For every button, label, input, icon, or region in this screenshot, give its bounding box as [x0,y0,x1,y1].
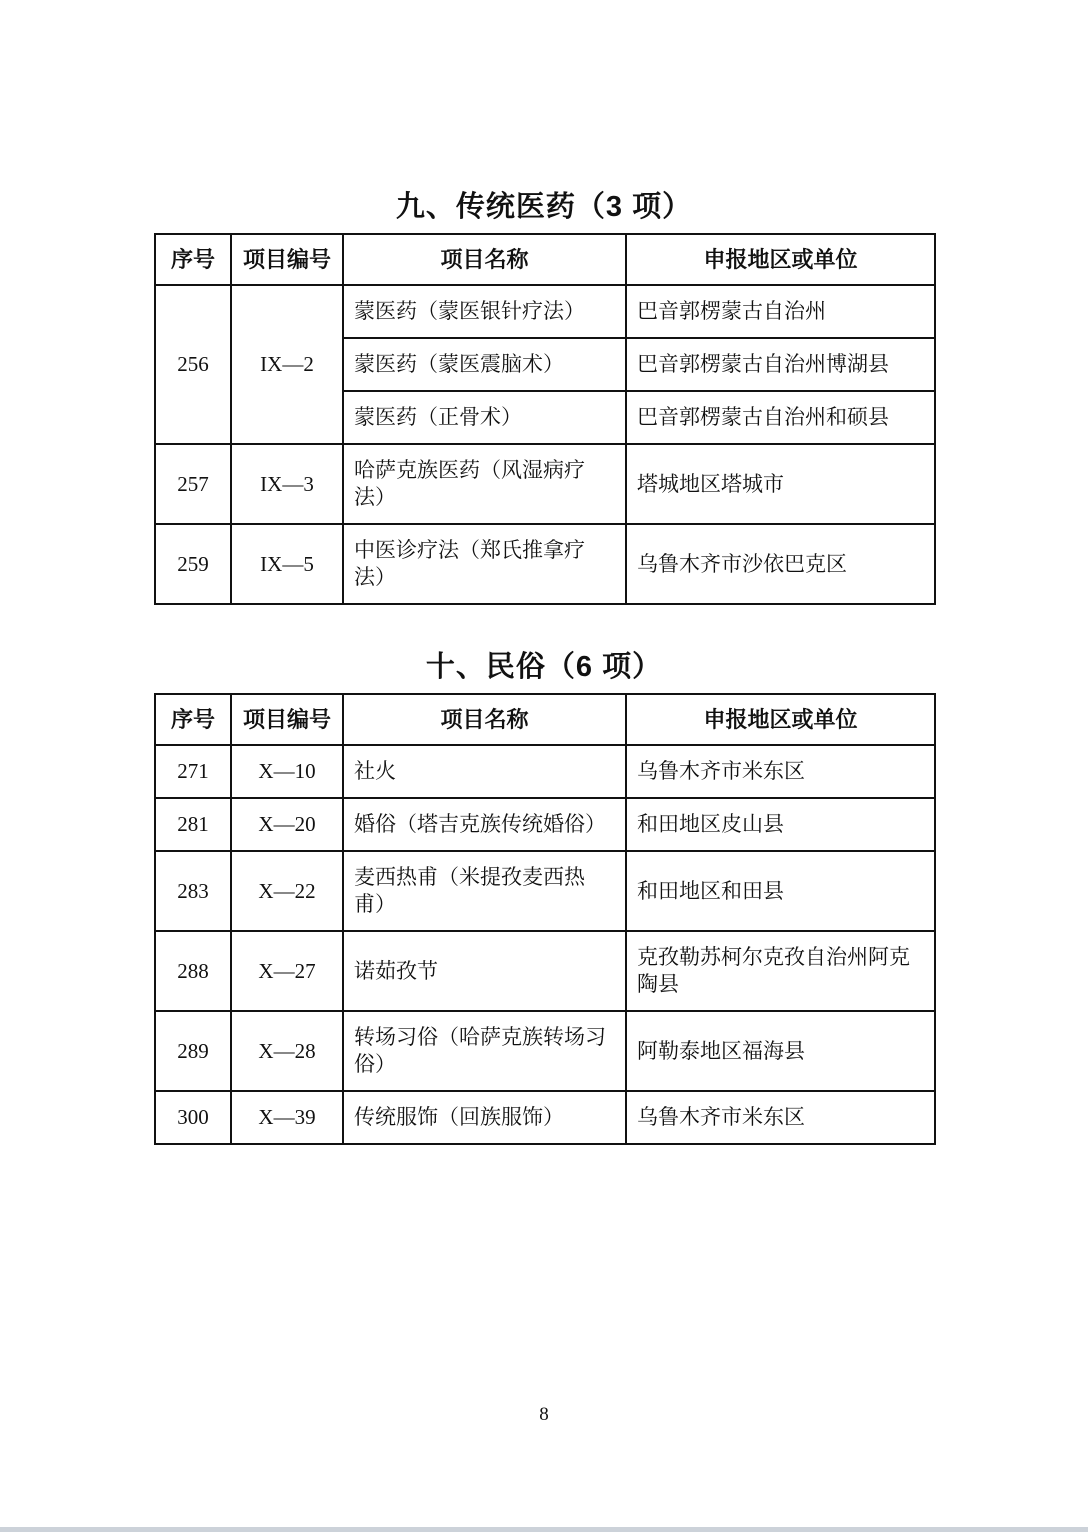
project-code-cell: X—28 [231,1011,343,1091]
section-title-traditional-medicine: 九、传统医药（3 项） [154,190,934,224]
declaring-unit-cell: 克孜勒苏柯尔克孜自治州阿克陶县 [626,931,935,1011]
column-header: 序号 [155,234,231,285]
project-name-cell: 社火 [343,745,626,798]
declaring-unit-cell: 巴音郭楞蒙古自治州和硕县 [626,391,935,444]
serial-cell: 288 [155,931,231,1011]
declaring-unit-cell: 和田地区和田县 [626,851,935,931]
project-name-cell: 传统服饰（回族服饰） [343,1091,626,1144]
table-body: 256IX—2蒙医药（蒙医银针疗法）巴音郭楞蒙古自治州蒙医药（蒙医震脑术）巴音郭… [155,285,935,604]
project-name-cell: 蒙医药（蒙医震脑术） [343,338,626,391]
project-code-cell: X—10 [231,745,343,798]
folk-customs-table: 序号项目编号项目名称申报地区或单位271X—10社火乌鲁木齐市米东区281X—2… [154,693,936,1145]
page-number: 8 [0,1404,1088,1426]
project-name-cell: 哈萨克族医药（风湿病疗法） [343,444,626,524]
column-header: 序号 [155,694,231,745]
project-name-cell: 中医诊疗法（郑氏推拿疗法） [343,524,626,604]
table-row: 300X—39传统服饰（回族服饰）乌鲁木齐市米东区 [155,1091,935,1144]
column-header: 项目编号 [231,234,343,285]
project-code-cell: IX—3 [231,444,343,524]
serial-cell: 283 [155,851,231,931]
project-code-cell: IX—5 [231,524,343,604]
table-row: 257IX—3哈萨克族医药（风湿病疗法）塔城地区塔城市 [155,444,935,524]
declaring-unit-cell: 乌鲁木齐市米东区 [626,1091,935,1144]
project-code-cell: X—39 [231,1091,343,1144]
serial-cell: 300 [155,1091,231,1144]
declaring-unit-cell: 和田地区皮山县 [626,798,935,851]
section-folk-customs: 十、民俗（6 项） 序号项目编号项目名称申报地区或单位271X—10社火乌鲁木齐… [154,650,934,1145]
table-row: 289X—28转场习俗（哈萨克族转场习俗）阿勒泰地区福海县 [155,1011,935,1091]
serial-cell: 289 [155,1011,231,1091]
header-row: 序号项目编号项目名称申报地区或单位 [155,234,935,285]
section-title-folk-customs: 十、民俗（6 项） [154,650,934,684]
declaring-unit-cell: 巴音郭楞蒙古自治州 [626,285,935,338]
table-row: 281X—20婚俗（塔吉克族传统婚俗）和田地区皮山县 [155,798,935,851]
table-header: 序号项目编号项目名称申报地区或单位 [155,694,935,745]
declaring-unit-cell: 乌鲁木齐市米东区 [626,745,935,798]
table-row: 256IX—2蒙医药（蒙医银针疗法）巴音郭楞蒙古自治州 [155,285,935,338]
serial-cell: 257 [155,444,231,524]
project-name-cell: 蒙医药（正骨术） [343,391,626,444]
traditional-medicine-table: 序号项目编号项目名称申报地区或单位256IX—2蒙医药（蒙医银针疗法）巴音郭楞蒙… [154,233,936,605]
project-code-cell: IX—2 [231,285,343,444]
project-name-cell: 婚俗（塔吉克族传统婚俗） [343,798,626,851]
page-content: 九、传统医药（3 项） 序号项目编号项目名称申报地区或单位256IX—2蒙医药（… [154,0,934,1145]
serial-cell: 259 [155,524,231,604]
declaring-unit-cell: 塔城地区塔城市 [626,444,935,524]
serial-cell: 256 [155,285,231,444]
header-row: 序号项目编号项目名称申报地区或单位 [155,694,935,745]
project-code-cell: X—27 [231,931,343,1011]
table-row: 259IX—5中医诊疗法（郑氏推拿疗法）乌鲁木齐市沙依巴克区 [155,524,935,604]
serial-cell: 271 [155,745,231,798]
declaring-unit-cell: 乌鲁木齐市沙依巴克区 [626,524,935,604]
serial-cell: 281 [155,798,231,851]
project-name-cell: 蒙医药（蒙医银针疗法） [343,285,626,338]
column-header: 项目编号 [231,694,343,745]
project-code-cell: X—20 [231,798,343,851]
table-body: 271X—10社火乌鲁木齐市米东区281X—20婚俗（塔吉克族传统婚俗）和田地区… [155,745,935,1144]
project-code-cell: X—22 [231,851,343,931]
bottom-edge-bar [0,1527,1088,1532]
section-traditional-medicine: 九、传统医药（3 项） 序号项目编号项目名称申报地区或单位256IX—2蒙医药（… [154,190,934,605]
column-header: 申报地区或单位 [626,234,935,285]
table-header: 序号项目编号项目名称申报地区或单位 [155,234,935,285]
project-name-cell: 诺茹孜节 [343,931,626,1011]
table-row: 283X—22麦西热甫（米提孜麦西热甫）和田地区和田县 [155,851,935,931]
table-row: 288X—27诺茹孜节克孜勒苏柯尔克孜自治州阿克陶县 [155,931,935,1011]
document-page: 九、传统医药（3 项） 序号项目编号项目名称申报地区或单位256IX—2蒙医药（… [0,0,1088,1532]
declaring-unit-cell: 巴音郭楞蒙古自治州博湖县 [626,338,935,391]
column-header: 项目名称 [343,234,626,285]
project-name-cell: 麦西热甫（米提孜麦西热甫） [343,851,626,931]
column-header: 项目名称 [343,694,626,745]
table-row: 271X—10社火乌鲁木齐市米东区 [155,745,935,798]
project-name-cell: 转场习俗（哈萨克族转场习俗） [343,1011,626,1091]
declaring-unit-cell: 阿勒泰地区福海县 [626,1011,935,1091]
column-header: 申报地区或单位 [626,694,935,745]
